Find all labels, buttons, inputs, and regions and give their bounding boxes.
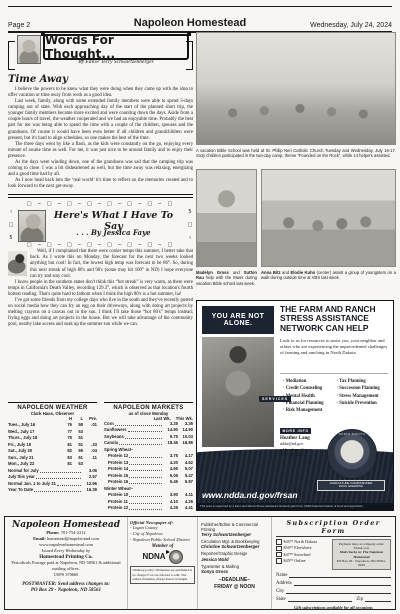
issue-date: Wednesday, July 24, 2024 — [282, 22, 392, 29]
heres-what-masthead: □ ∽ □ ∼ □ ∽ □ ∼ □ ∽ □ ∼ □ ∽ □ ≀□5 5□≀ He… — [8, 201, 193, 249]
checkbox-icon — [276, 546, 282, 552]
subscription-form: Subscription Order Form $45⁰⁰ North Dako… — [271, 517, 395, 609]
obituary-policy: Obituary policy: Obituaries are publishe… — [130, 566, 195, 584]
service-item: Tax Planning — [337, 378, 391, 385]
masthead-postage: Periodicals Postage paid at Napoleon, ND… — [8, 560, 124, 572]
dot-leader — [129, 466, 162, 471]
dot-leader — [115, 421, 162, 426]
weather-summary: Normal for July 3.06 July this year 2.57… — [8, 468, 97, 494]
article-heading: Time Away — [8, 74, 193, 85]
heres-what-article: Well, if I complained that there were co… — [8, 249, 193, 328]
ad-website-url: www.ndda.nd.gov/frsan — [202, 490, 298, 500]
more-info-label: MORE INFO — [280, 428, 311, 434]
article-paragraph: I've got some friends from my college da… — [8, 298, 193, 328]
article-paragraph: As I now head back into the ‘real world’… — [8, 178, 193, 190]
write-in-line — [286, 589, 391, 594]
staff-entry: Circulation Mgr. & Bookkeeping Christine… — [201, 539, 268, 550]
services-label: SERVICES — [259, 396, 291, 402]
vbs-group-photo — [196, 32, 396, 145]
ad-title: THE FARM AND RANCH STRESS ASSISTANCE NET… — [280, 305, 389, 333]
decorative-border-bottom: □ ∽ □ ∼ □ ∽ □ ∼ □ ∽ □ ∼ □ ∽ □ — [8, 242, 193, 249]
dot-leader — [129, 473, 162, 478]
editor-photo — [17, 35, 41, 64]
dot-leader — [134, 447, 192, 452]
article-paragraph: I believe the powers to be knew what the… — [8, 87, 193, 99]
vbs-walk-photo — [261, 169, 396, 267]
dot-leader — [119, 440, 162, 445]
time-away-article: I believe the powers to be knew what the… — [8, 87, 193, 190]
checkbox-icon — [276, 539, 282, 545]
column-byline: By Editor Terry Schwartzenberger — [43, 59, 189, 65]
staff-entry: Publisher/Editor & Commercial Printing T… — [201, 522, 268, 538]
dot-leader — [134, 486, 192, 491]
price-list: $45⁰⁰ North Dakota $50⁰⁰ Elsewhere $47⁰⁰… — [276, 539, 329, 570]
left-column: Words For Thought... By Editor Terry Sch… — [8, 32, 193, 400]
article-paragraph: The three days went by like a flash, as … — [8, 142, 193, 160]
state-zip-row: State Zip — [276, 597, 391, 602]
deadline-note: –DEADLINE– FRIDAY @ NOON — [201, 577, 268, 590]
weather-table: NAPOLEON WEATHER Clark Haas, Observer H … — [8, 402, 97, 512]
masthead-usps: USPS 370660 — [8, 572, 124, 578]
services-column-2: Tax PlanningSuccession PlanningStress Ma… — [337, 378, 391, 414]
page-header: Page 2 Napoleon Homestead Wednesday, Jul… — [8, 6, 392, 33]
write-in-line — [288, 597, 353, 602]
columnist-photo — [18, 210, 46, 242]
data-tables: NAPOLEON WEATHER Clark Haas, Observer H … — [8, 402, 193, 512]
page-number: Page 2 — [8, 22, 98, 29]
dot-leader — [125, 434, 162, 439]
right-column: A vacation Bible School was held at St. … — [196, 32, 396, 512]
weather-summary-row: Year To Date 16.39 — [8, 487, 97, 494]
dot-leader — [36, 474, 81, 479]
ad-divider — [280, 373, 388, 374]
write-in-line — [294, 581, 391, 586]
subscription-title: Subscription Order Form — [276, 519, 391, 537]
service-item: Risk Management — [283, 407, 337, 414]
service-item: Succession Planning — [337, 385, 391, 392]
weather-rows: Tues., July 16 76 58 .01 Wed., July 17 7… — [8, 422, 97, 468]
dot-leader — [129, 492, 162, 497]
dot-leader — [57, 481, 81, 486]
markets-title: NAPOLEON MARKETS — [104, 405, 193, 411]
staff-roles: Publisher/Editor & Commercial Printing T… — [201, 522, 268, 575]
dot-leader — [129, 505, 162, 510]
write-in-line — [289, 573, 391, 578]
bird-illustration — [8, 251, 27, 276]
article-paragraph: Well, if I complained that there were co… — [8, 249, 193, 279]
staff-entry: Typesetter & Mailing Sonya Gross — [201, 564, 268, 575]
mass-helpers-photo — [196, 169, 257, 267]
checkbox-icon — [276, 552, 282, 558]
official-newspaper-info: Official Newspaper of: Logan CountyCity … — [127, 517, 197, 609]
service-item: Credit Counseling — [283, 385, 337, 392]
frsan-ad: YOU ARE NOT ALONE. THE FARM AND RANCH ST… — [196, 300, 394, 511]
article-paragraph: Last week, family, along with some exten… — [8, 99, 193, 142]
dot-leader — [128, 427, 162, 432]
publication-info: Napoleon Homestead Phone: 701-754-2212 E… — [5, 517, 127, 609]
section-divider — [8, 194, 193, 198]
form-fields: Name Address City — [276, 573, 391, 594]
column-title: Words For Thought... — [45, 33, 187, 61]
official-item: Napoleon Public School District — [130, 537, 195, 543]
farmer-photo — [202, 337, 274, 447]
dot-leader — [129, 460, 162, 465]
dot-leader — [129, 499, 162, 504]
form-field-row: Name — [276, 573, 391, 578]
staff-list: Publisher/Editor & Commercial Printing T… — [197, 517, 271, 609]
masthead-box: Napoleon Homestead Phone: 701-754-2212 E… — [4, 516, 396, 610]
decorative-border-right: 5□≀ — [187, 209, 193, 241]
article-paragraph: As the days were winding down, one of th… — [8, 160, 193, 178]
gift-note: Gift subscriptions available for all occ… — [276, 605, 391, 610]
you-are-not-alone-badge: YOU ARE NOT ALONE. — [202, 306, 274, 334]
newspaper-title: Napoleon Homestead — [98, 17, 282, 29]
ad-footnote: This work is supported by a Farm and Ran… — [197, 503, 393, 510]
staff-entry: Reporter/Graphic Design Jessica Wald — [201, 551, 268, 562]
seal-label: AGRICULTURE COMMISSIONER DOUG GOEHRING — [317, 480, 385, 491]
markets-rows: Corn 3.25 3.35 Sunflowers 14.90 14.90 So — [104, 421, 193, 512]
postmaster-note: POSTMASTER: Send address changes to: PO … — [8, 582, 124, 595]
services-lists: MediationCredit CounselingMental HealthF… — [283, 378, 390, 414]
decorative-border-top: □ ∽ □ ∼ □ ∽ □ ∼ □ ∽ □ ∼ □ ∽ □ — [8, 201, 193, 208]
newspaper-page: Page 2 Napoleon Homestead Wednesday, Jul… — [0, 0, 400, 614]
decorative-border-left: ≀□5 — [8, 209, 14, 241]
member-seal-icon — [169, 550, 183, 564]
payment-note: Payment must accompany order. Thank you.… — [332, 539, 391, 570]
dot-leader — [40, 468, 81, 473]
article-paragraph: I know people in the southern states don… — [8, 280, 193, 298]
checkbox-icon — [276, 558, 282, 564]
markets-table: NAPOLEON MARKETS as of close Monday Last… — [104, 402, 193, 512]
masthead-name: Napoleon Homestead — [8, 520, 124, 530]
ad-body-text: Look to us for resources to assist you, … — [280, 338, 388, 356]
dot-leader — [34, 487, 81, 492]
mass-helpers-caption: Madelyn Gross and Sutton Rau help with t… — [196, 270, 257, 286]
write-in-line — [365, 597, 391, 602]
dot-leader — [129, 479, 162, 484]
words-for-thought-title-box: Words For Thought... — [43, 34, 189, 60]
service-item: Stress Management — [337, 393, 391, 400]
form-field-row: Address — [276, 581, 391, 586]
column-byline: . . . By Jessica Faye — [50, 228, 177, 237]
nd-agriculture-seal: NORTH DAKOTA — [327, 429, 377, 479]
member-of-label: Member of — [130, 544, 195, 549]
form-field-row: City — [276, 589, 391, 594]
member-logos: NDNA — [130, 550, 195, 564]
service-item: Suicide Prevention — [337, 400, 391, 407]
words-for-thought-masthead: Words For Thought... By Editor Terry Sch… — [8, 32, 193, 72]
ndna-logo: NDNA — [142, 552, 165, 561]
vbs-photo-caption: A vacation Bible School was held at St. … — [196, 148, 396, 159]
markets-row: Protein 12 4.25 4.41 — [104, 505, 193, 512]
weather-title: NAPOLEON WEATHER — [8, 405, 97, 411]
price-option: $45⁰⁰ Online — [276, 558, 329, 564]
service-item: Mediation — [283, 378, 337, 385]
dot-leader — [129, 453, 162, 458]
official-list: Logan CountyCity of NapoleonNapoleon Pub… — [130, 525, 195, 543]
vbs-walk-caption: Anna Bitz and Elodie Kuhn (center) assis… — [261, 270, 396, 281]
